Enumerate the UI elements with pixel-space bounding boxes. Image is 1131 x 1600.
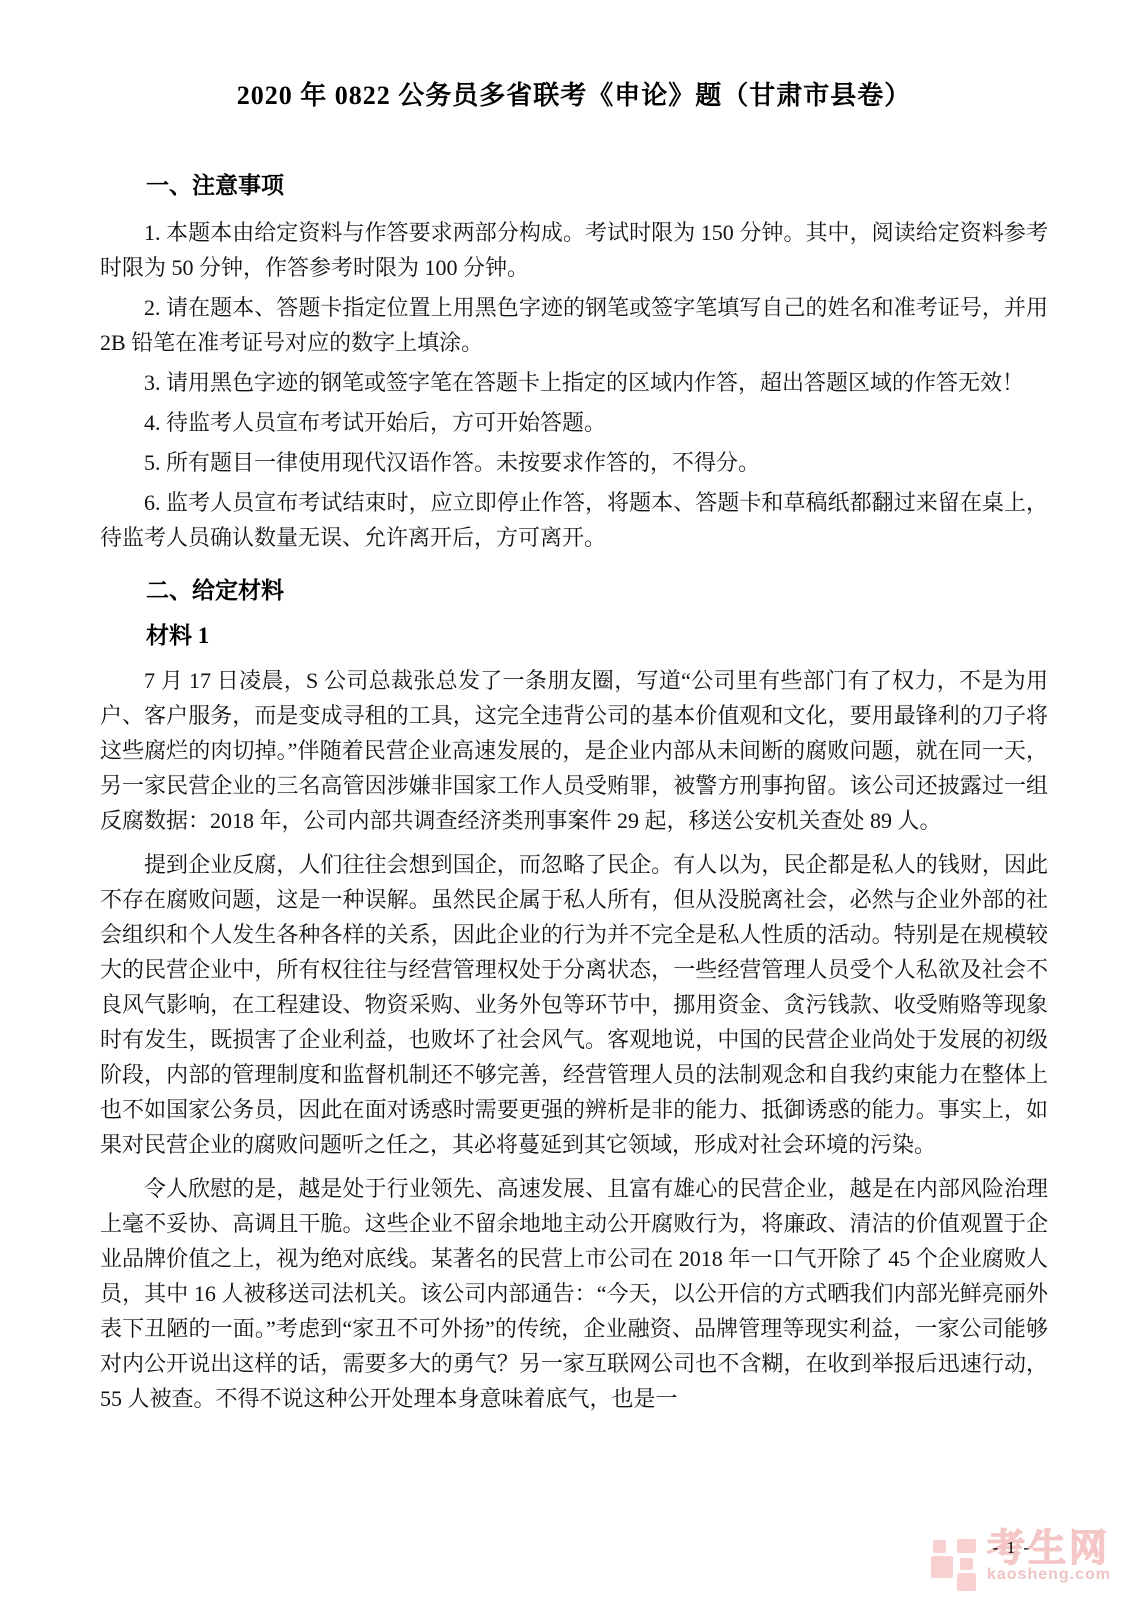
material-1-label: 材料 1 xyxy=(100,618,1048,653)
material-paragraph-3: 令人欣慰的是，越是处于行业领先、高速发展、且富有雄心的民营企业，越是在内部风险治… xyxy=(100,1171,1048,1416)
kaosheng-logo-icon xyxy=(931,1532,979,1584)
page-footer: 考生网 kaosheng.com - 1 - xyxy=(0,1520,1131,1600)
material-paragraph-2: 提到企业反腐，人们往往会想到国企，而忽略了民企。有人以为，民企都是私人的钱财，因… xyxy=(100,847,1048,1162)
notice-item-5: 5. 所有题目一律使用现代汉语作答。未按要求作答的，不得分。 xyxy=(100,445,1048,480)
logo-square xyxy=(933,1540,946,1553)
page-title: 2020 年 0822 公务员多省联考《申论》题（甘肃市县卷） xyxy=(100,76,1048,116)
notice-item-3: 3. 请用黑色字迹的钢笔或签字笔在答题卡上指定的区域内作答，超出答题区域的作答无… xyxy=(100,365,1048,400)
notice-item-2: 2. 请在题本、答题卡指定位置上用黑色字迹的钢笔或签字笔填写自己的姓名和准考证号… xyxy=(100,290,1048,360)
notices-heading: 一、注意事项 xyxy=(100,168,1048,203)
exam-paper-page: 2020 年 0822 公务员多省联考《申论》题（甘肃市县卷） 一、注意事项 1… xyxy=(0,0,1131,1600)
watermark-site-domain: kaosheng.com xyxy=(987,1566,1111,1584)
notice-item-4: 4. 待监考人员宣布考试开始后，方可开始答题。 xyxy=(100,405,1048,440)
material-paragraph-1: 7 月 17 日凌晨，S 公司总裁张总发了一条朋友圈，写道“公司里有些部门有了权… xyxy=(100,663,1048,838)
notice-item-1: 1. 本题本由给定资料与作答要求两部分构成。考试时限为 150 分钟。其中，阅读… xyxy=(100,215,1048,285)
page-content: 2020 年 0822 公务员多省联考《申论》题（甘肃市县卷） 一、注意事项 1… xyxy=(0,0,1131,1416)
logo-square xyxy=(957,1539,976,1553)
notice-item-6: 6. 监考人员宣布考试结束时，应立即停止作答，将题本、答题卡和草稿纸都翻过来留在… xyxy=(100,485,1048,555)
logo-square xyxy=(960,1558,973,1570)
logo-square xyxy=(957,1573,976,1591)
materials-heading: 二、给定材料 xyxy=(100,573,1048,608)
page-number: - 1 - xyxy=(993,1538,1031,1558)
logo-square xyxy=(931,1556,953,1578)
